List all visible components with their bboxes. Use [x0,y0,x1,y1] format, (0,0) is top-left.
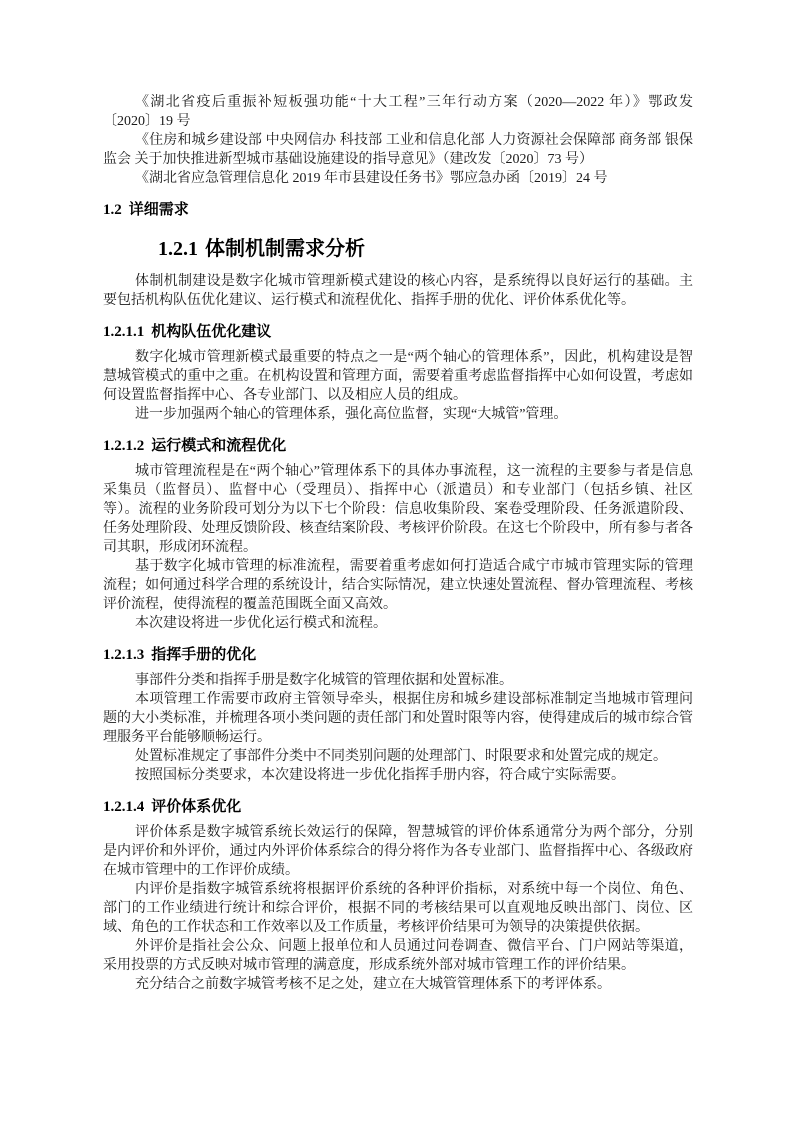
document-page: 《湖北省疫后重振补短板强功能“十大工程”三年行动方案（2020—2022 年）》… [0,0,793,1122]
section-title: 详细需求 [129,201,189,218]
body-paragraph: 充分结合之前数字城管考核不足之处，建立在大城管管理体系下的考评体系。 [103,975,693,994]
section-heading-1-2: 1.2详细需求 [103,200,693,220]
body-paragraph: 本次建设将进一步优化运行模式和流程。 [103,614,693,633]
subsubsection-number: 1.2.1.3 [103,647,144,663]
subsubsection-heading-1-2-1-1: 1.2.1.1机构队伍优化建议 [103,322,693,342]
reference-paragraph: 《湖北省疫后重振补短板强功能“十大工程”三年行动方案（2020—2022 年）》… [103,93,693,131]
subsubsection-title: 评价体系优化 [151,798,241,815]
body-paragraph: 评价体系是数字城管系统长效运行的保障，智慧城管的评价体系通常分为两个部分，分别是… [103,823,693,880]
body-paragraph: 处置标准规定了事部件分类中不同类别问题的处理部门、时限要求和处置完成的规定。 [103,747,693,766]
body-paragraph: 事部件分类和指挥手册是数字化城管的管理依据和处置标准。 [103,671,693,690]
references-block: 《湖北省疫后重振补短板强功能“十大工程”三年行动方案（2020—2022 年）》… [103,93,693,188]
subsection-heading-1-2-1: 1.2.1体制机制需求分析 [158,236,693,262]
subsubsection-heading-1-2-1-2: 1.2.1.2运行模式和流程优化 [103,436,693,456]
subsubsection-number: 1.2.1.1 [103,324,144,340]
subsubsection-title: 指挥手册的优化 [151,646,256,663]
body-paragraph: 内评价是指数字城管系统将根据评价系统的各种评价指标，对系统中每一个岗位、角色、部… [103,880,693,937]
body-paragraph: 体制机制建设是数字化城市管理新模式建设的核心内容，是系统得以良好运行的基础。主要… [103,272,693,310]
body-paragraph: 本项管理工作需要市政府主管领导牵头，根据住房和城乡建设部标准制定当地城市管理问题… [103,690,693,747]
subsubsection-number: 1.2.1.2 [103,438,144,454]
section-number: 1.2 [103,202,122,218]
reference-paragraph: 《住房和城乡建设部 中央网信办 科技部 工业和信息化部 人力资源社会保障部 商务… [103,131,693,169]
body-paragraph: 进一步加强两个轴心的管理体系，强化高位监督，实现“大城管”管理。 [103,405,693,424]
body-paragraph: 基于数字化城市管理的标准流程，需要着重考虑如何打造适合咸宁市城市管理实际的管理流… [103,557,693,614]
subsubsection-number: 1.2.1.4 [103,799,144,815]
body-paragraph: 外评价是指社会公众、问题上报单位和人员通过问卷调查、微信平台、门户网站等渠道，采… [103,937,693,975]
reference-paragraph: 《湖北省应急管理信息化 2019 年市县建设任务书》鄂应急办函〔2019〕24 … [103,169,693,188]
subsubsection-heading-1-2-1-4: 1.2.1.4评价体系优化 [103,797,693,817]
subsubsection-title: 运行模式和流程优化 [151,437,286,454]
subsubsection-title: 机构队伍优化建议 [151,323,271,340]
subsubsection-heading-1-2-1-3: 1.2.1.3指挥手册的优化 [103,645,693,665]
subsection-title: 体制机制需求分析 [205,238,365,260]
subsection-number: 1.2.1 [158,238,198,260]
body-paragraph: 数字化城市管理新模式最重要的特点之一是“两个轴心的管理体系”，因此，机构建设是智… [103,348,693,405]
body-paragraph: 按照国标分类要求，本次建设将进一步优化指挥手册内容，符合咸宁实际需要。 [103,766,693,785]
body-paragraph: 城市管理流程是在“两个轴心”管理体系下的具体办事流程，这一流程的主要参与者是信息… [103,462,693,557]
